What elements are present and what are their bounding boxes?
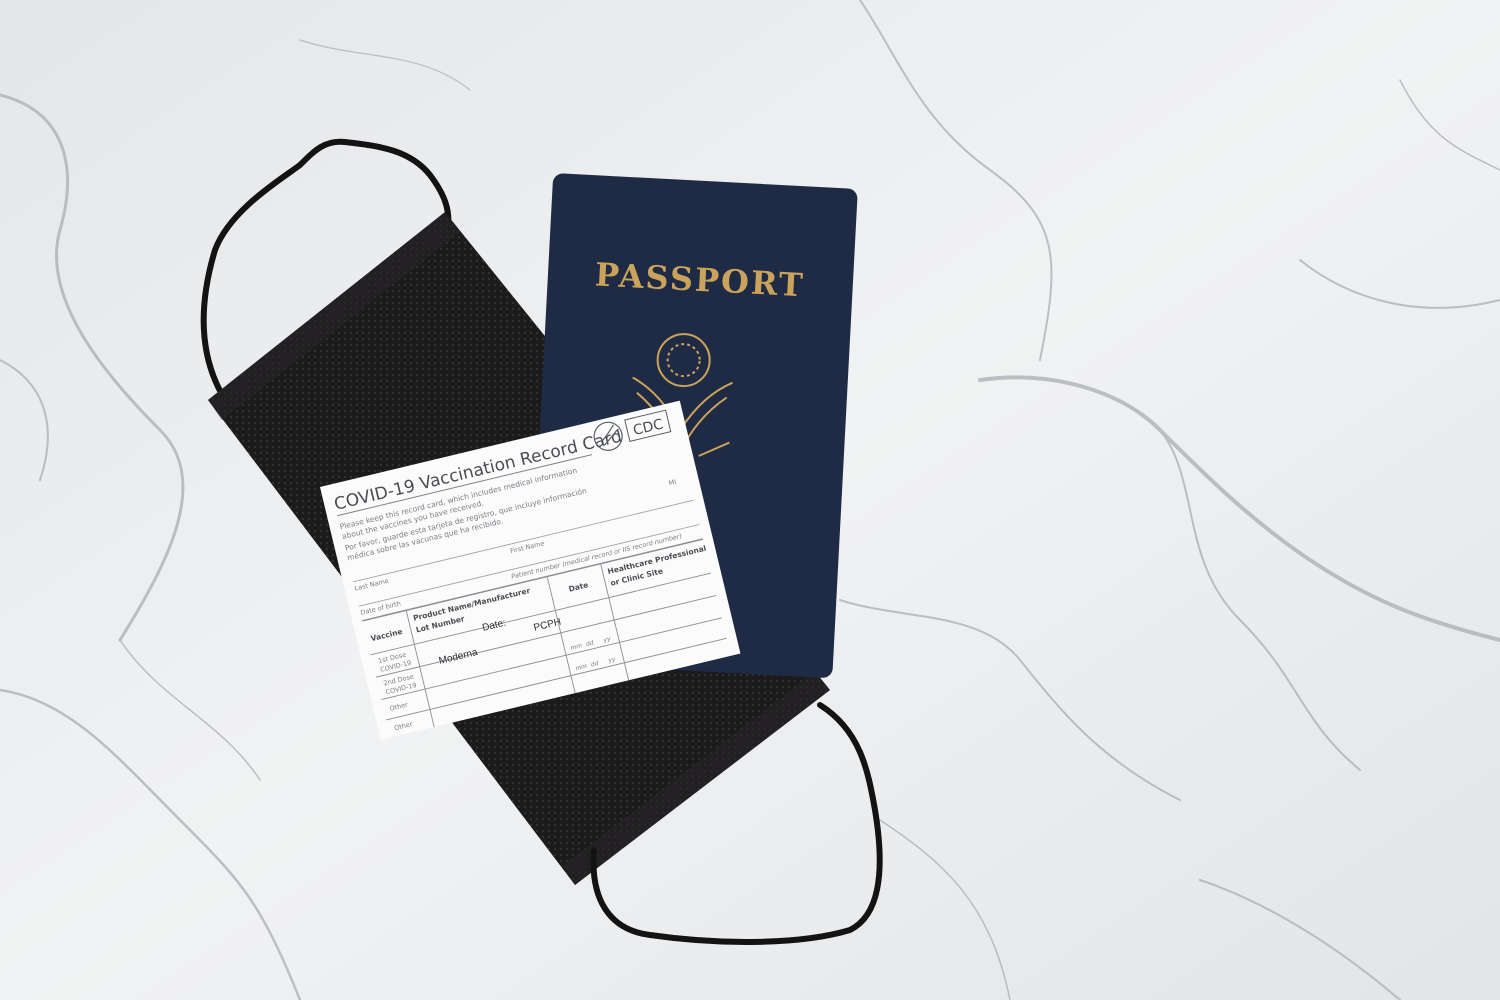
photo-scene: PASSPORT COVID-19 Vaccination Record Car… — [0, 0, 1500, 1000]
